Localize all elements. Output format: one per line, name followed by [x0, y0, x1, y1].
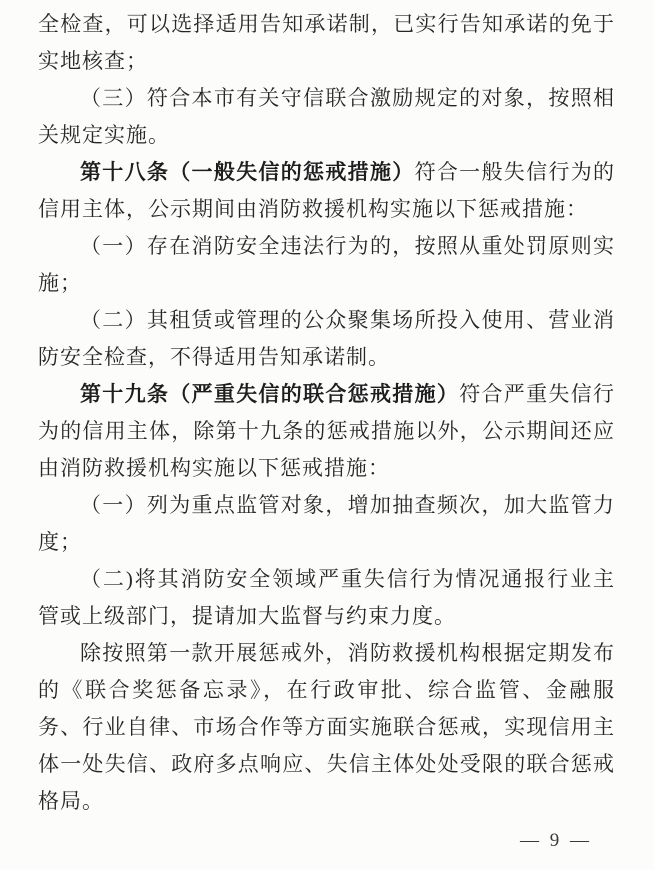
paragraph-article-19: 第十九条（严重失信的联合惩戒措施）符合严重失信行为的信用主体，除第十九条的惩戒措…: [38, 376, 615, 487]
article-heading: 第十九条（严重失信的联合惩戒措施）: [80, 383, 459, 406]
document-page: 全检查，可以选择适用告知承诺制，已实行告知承诺的免于实地核查； （三）符合本市有…: [0, 0, 654, 870]
paragraph-text: （一）存在消防安全违法行为的，按照从重处罚原则实施；: [38, 234, 615, 295]
paragraph-text: （一）列为重点监管对象，增加抽查频次，加大监管力度；: [38, 493, 615, 554]
paragraph: （二)将其消防安全领域严重失信行为情况通报行业主管或上级部门，提请加大监督与约束…: [38, 561, 615, 635]
paragraph-text: （二)将其消防安全领域严重失信行为情况通报行业主管或上级部门，提请加大监督与约束…: [38, 567, 615, 628]
document-body: 全检查，可以选择适用告知承诺制，已实行告知承诺的免于实地核查； （三）符合本市有…: [38, 6, 615, 820]
article-heading: 第十八条（一般失信的惩戒措施）: [80, 161, 415, 184]
page-number: — 9 —: [520, 830, 592, 852]
paragraph: 全检查，可以选择适用告知承诺制，已实行告知承诺的免于实地核查；: [38, 6, 615, 80]
paragraph-text: 全检查，可以选择适用告知承诺制，已实行告知承诺的免于实地核查；: [38, 12, 615, 73]
paragraph: （二）其租赁或管理的公众聚集场所投入使用、营业消防安全检查，不得适用告知承诺制。: [38, 302, 615, 376]
paragraph: （一）列为重点监管对象，增加抽查频次，加大监管力度；: [38, 487, 615, 561]
paragraph-article-18: 第十八条（一般失信的惩戒措施）符合一般失信行为的信用主体，公示期间由消防救援机构…: [38, 154, 615, 228]
paragraph-text: （三）符合本市有关守信联合激励规定的对象，按照相关规定实施。: [38, 86, 615, 147]
paragraph: （一）存在消防安全违法行为的，按照从重处罚原则实施；: [38, 228, 615, 302]
paragraph-text: 除按照第一款开展惩戒外，消防救援机构根据定期发布的《联合奖惩备忘录》，在行政审批…: [38, 641, 615, 813]
paragraph: 除按照第一款开展惩戒外，消防救援机构根据定期发布的《联合奖惩备忘录》，在行政审批…: [38, 635, 615, 820]
paragraph: （三）符合本市有关守信联合激励规定的对象，按照相关规定实施。: [38, 80, 615, 154]
paragraph-text: （二）其租赁或管理的公众聚集场所投入使用、营业消防安全检查，不得适用告知承诺制。: [38, 308, 615, 369]
